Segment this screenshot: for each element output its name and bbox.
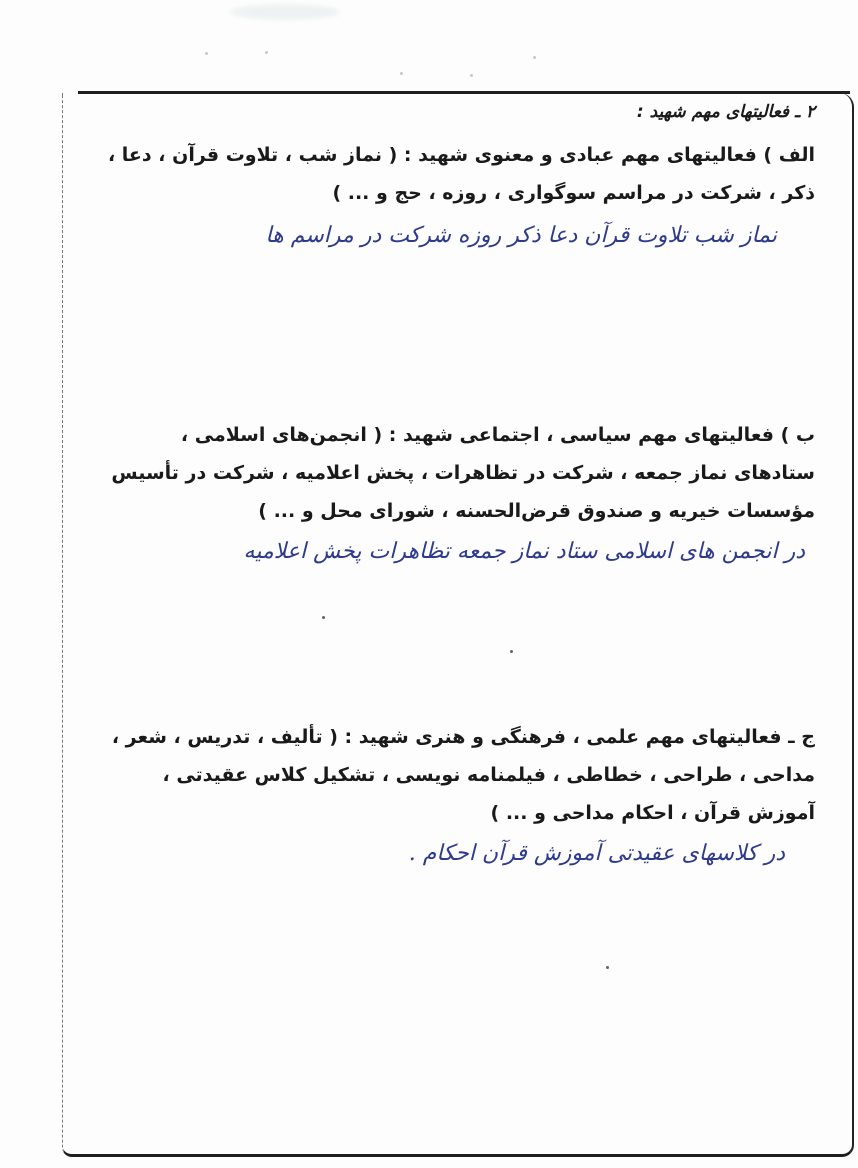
section-jim-question: ج ـ فعالیتهای مهم علمی ، فرهنگی و هنری ش… [80,718,815,832]
section-jim: ج ـ فعالیتهای مهم علمی ، فرهنگی و هنری ش… [80,718,815,874]
scan-speck [470,74,473,77]
scan-noise [0,0,858,90]
question-line: ب ) فعالیتهای مهم سیاسی ، اجتماعی شهید :… [80,416,815,454]
question-line: آموزش قرآن ، احکام مداحی و ... ) [80,794,815,832]
question-line: مؤسسات خیریه و صندوق قرض‌الحسنه ، شورای … [80,492,815,530]
section-be-question: ب ) فعالیتهای مهم سیاسی ، اجتماعی شهید :… [80,416,815,530]
scan-smudge [230,4,340,20]
question-line: ذکر ، شرکت در مراسم سوگواری ، روزه ، حج … [80,174,815,212]
scan-speck [205,52,208,55]
question-line: مداحی ، طراحی ، خطاطی ، فیلمنامه نویسی ،… [80,756,815,794]
scan-speck [322,616,325,619]
question-line: الف ) فعالیتهای مهم عبادی و معنوی شهید :… [80,136,815,174]
question-line: ج ـ فعالیتهای مهم علمی ، فرهنگی و هنری ش… [80,718,815,756]
scan-speck [265,51,268,54]
handwritten-answer-jim: در کلاسهای عقیدتی آموزش قرآن احکام . [80,834,785,874]
handwritten-answer-alef: نماز شب تلاوت قرآن دعا ذکر روزه شرکت در … [80,216,777,256]
scan-speck [400,72,403,75]
section-heading: ۲ ـ فعالیتهای مهم شهید : [80,102,815,122]
handwritten-answer-be: در انجمن های اسلامی ستاد نماز جمعه تظاهر… [80,532,805,572]
section-alef: الف ) فعالیتهای مهم عبادی و معنوی شهید :… [80,136,815,256]
question-line: ستادهای نماز جمعه ، شرکت در تظاهرات ، پخ… [80,454,815,492]
scan-speck [510,650,513,653]
document-body: ۲ ـ فعالیتهای مهم شهید : الف ) فعالیتهای… [80,96,815,126]
section-be: ب ) فعالیتهای مهم سیاسی ، اجتماعی شهید :… [80,416,815,572]
section-alef-question: الف ) فعالیتهای مهم عبادی و معنوی شهید :… [80,136,815,212]
scan-speck [533,56,536,59]
scan-speck [606,966,609,969]
